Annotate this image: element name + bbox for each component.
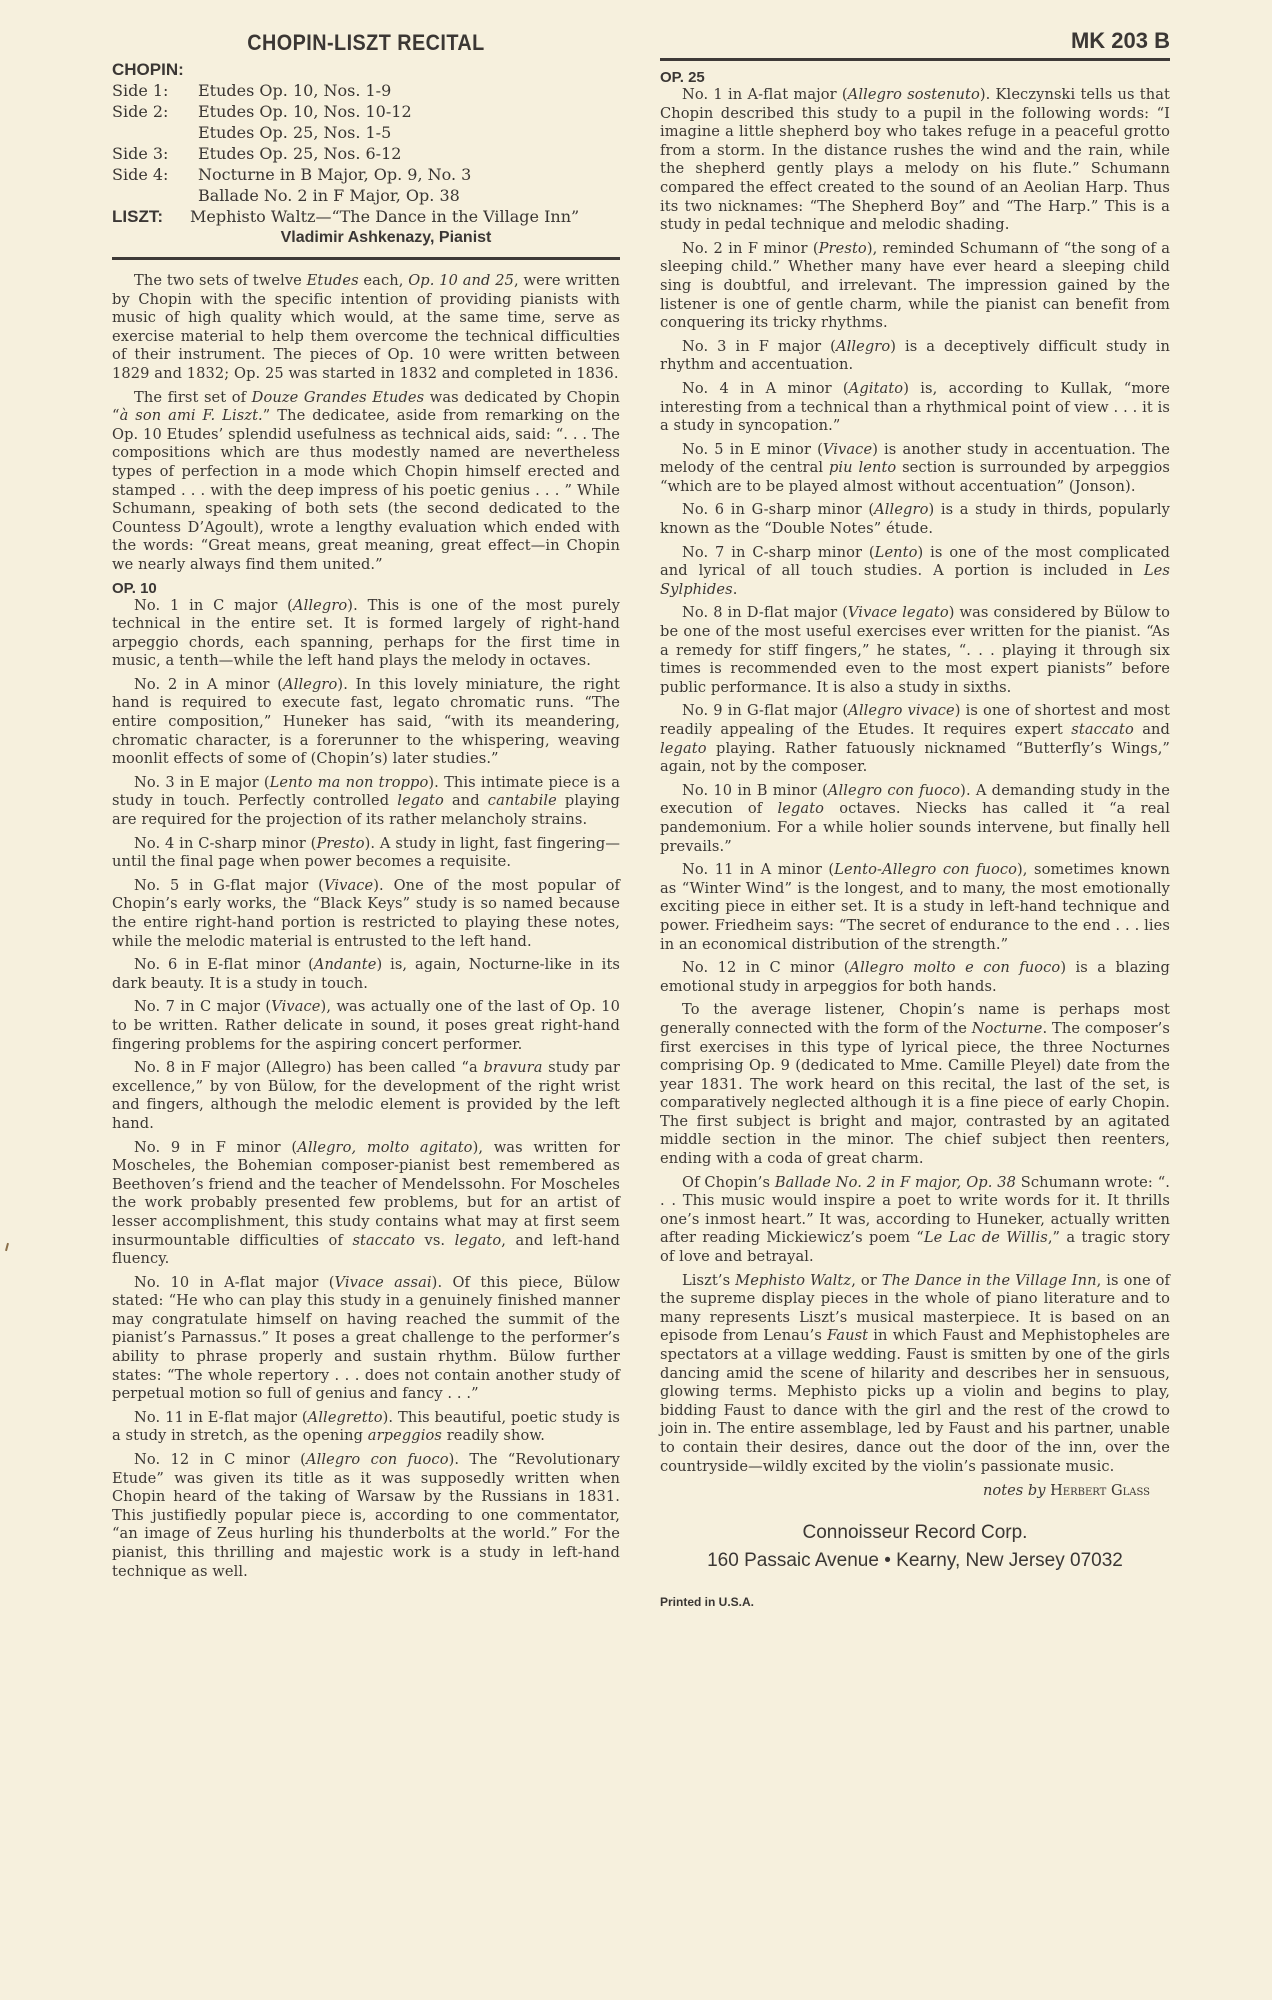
program-work: Nocturne in B Major, Op. 9, No. 3 bbox=[198, 164, 471, 185]
paragraph: No. 11 in E-flat major (Allegretto). Thi… bbox=[112, 1409, 620, 1446]
op10-heading: OP. 10 bbox=[112, 580, 620, 597]
paper-speck bbox=[5, 1243, 9, 1251]
paragraph: No. 10 in A-flat major (Vivace assai). O… bbox=[112, 1274, 620, 1404]
program-work: Etudes Op. 25, Nos. 6-12 bbox=[198, 143, 401, 164]
credit-author: Herbert Glass bbox=[1050, 1482, 1150, 1499]
op10-notes: No. 1 in C major (Allegro). This is one … bbox=[112, 597, 620, 1582]
program-list: Side 1:Etudes Op. 10, Nos. 1-9Side 2:Etu… bbox=[112, 80, 620, 206]
divider-rule bbox=[112, 257, 620, 260]
side-label: Side 2: bbox=[112, 101, 198, 122]
side-label bbox=[112, 185, 198, 206]
liszt-work: Mephisto Waltz—“The Dance in the Village… bbox=[190, 206, 579, 227]
printed-in: Printed in U.S.A. bbox=[660, 1595, 1170, 1609]
program-work: Etudes Op. 25, Nos. 1-5 bbox=[198, 122, 391, 143]
paragraph: No. 4 in A minor (Agitato) is, according… bbox=[660, 380, 1170, 436]
paragraph: No. 2 in F minor (Presto), reminded Schu… bbox=[660, 240, 1170, 333]
program-item: Etudes Op. 25, Nos. 1-5 bbox=[112, 122, 620, 143]
side-label: Side 4: bbox=[112, 164, 198, 185]
program-item: Side 1:Etudes Op. 10, Nos. 1-9 bbox=[112, 80, 620, 101]
side-label bbox=[112, 122, 198, 143]
paragraph: No. 8 in D-flat major (Vivace legato) wa… bbox=[660, 604, 1170, 697]
paragraph: No. 7 in C-sharp minor (Lento) is one of… bbox=[660, 544, 1170, 600]
program-work: Etudes Op. 10, Nos. 10-12 bbox=[198, 101, 412, 122]
publisher-block: Connoisseur Record Corp. 160 Passaic Ave… bbox=[660, 1519, 1170, 1575]
paragraph: No. 3 in F major (Allegro) is a deceptiv… bbox=[660, 338, 1170, 375]
liszt-entry: LISZT: Mephisto Waltz—“The Dance in the … bbox=[112, 206, 620, 227]
liner-notes-page: CHOPIN-LISZT RECITAL CHOPIN: Side 1:Etud… bbox=[0, 0, 1272, 2000]
chopin-label: CHOPIN: bbox=[112, 60, 620, 80]
side-label: Side 1: bbox=[112, 80, 198, 101]
closing-notes: To the average listener, Chopin’s name i… bbox=[660, 1001, 1170, 1476]
paragraph: No. 12 in C minor (Allegro con fuoco). T… bbox=[112, 1451, 620, 1581]
paragraph: The first set of Douze Grandes Etudes wa… bbox=[112, 389, 620, 575]
paragraph: No. 10 in B minor (Allegro con fuoco). A… bbox=[660, 782, 1170, 856]
program-item: Ballade No. 2 in F Major, Op. 38 bbox=[112, 185, 620, 206]
album-title: CHOPIN-LISZT RECITAL bbox=[137, 30, 594, 56]
credit-prefix: notes by bbox=[983, 1482, 1045, 1499]
publisher-address: 160 Passaic Avenue • Kearny, New Jersey … bbox=[660, 1547, 1170, 1575]
paragraph: No. 1 in A-flat major (Allegro sostenuto… bbox=[660, 86, 1170, 235]
paragraph: No. 5 in G-flat major (Vivace). One of t… bbox=[112, 877, 620, 951]
paragraph: No. 11 in A minor (Lento-Allegro con fuo… bbox=[660, 861, 1170, 954]
publisher-name: Connoisseur Record Corp. bbox=[660, 1519, 1170, 1547]
paragraph: No. 12 in C minor (Allegro molto e con f… bbox=[660, 959, 1170, 996]
paragraph: No. 6 in E-flat minor (Andante) is, agai… bbox=[112, 956, 620, 993]
paragraph: No. 9 in G-flat major (Allegro vivace) i… bbox=[660, 702, 1170, 776]
op25-heading: OP. 25 bbox=[660, 69, 1170, 86]
program-item: Side 4:Nocturne in B Major, Op. 9, No. 3 bbox=[112, 164, 620, 185]
liszt-label: LISZT: bbox=[112, 206, 190, 227]
program-work: Etudes Op. 10, Nos. 1-9 bbox=[198, 80, 391, 101]
program-item: Side 2:Etudes Op. 10, Nos. 10-12 bbox=[112, 101, 620, 122]
paragraph: No. 4 in C-sharp minor (Presto). A study… bbox=[112, 835, 620, 872]
paragraph: No. 9 in F minor (Allegro, molto agitato… bbox=[112, 1139, 620, 1269]
performer-credit: Vladimir Ashkenazy, Pianist bbox=[152, 229, 620, 247]
paragraph: Of Chopin’s Ballade No. 2 in F major, Op… bbox=[660, 1174, 1170, 1267]
paragraph: No. 6 in G-sharp minor (Allegro) is a st… bbox=[660, 501, 1170, 538]
paragraph: No. 5 in E minor (Vivace) is another stu… bbox=[660, 441, 1170, 497]
notes-credit: notes by Herbert Glass bbox=[660, 1482, 1150, 1499]
divider-rule bbox=[660, 58, 1170, 61]
side-label: Side 3: bbox=[112, 143, 198, 164]
intro-text: The two sets of twelve Etudes each, Op. … bbox=[112, 272, 620, 575]
paragraph: The two sets of twelve Etudes each, Op. … bbox=[112, 272, 620, 384]
paragraph: No. 8 in F major (Allegro) has been call… bbox=[112, 1059, 620, 1133]
paragraph: No. 3 in E major (Lento ma non troppo). … bbox=[112, 774, 620, 830]
op25-notes: No. 1 in A-flat major (Allegro sostenuto… bbox=[660, 86, 1170, 996]
paragraph: To the average listener, Chopin’s name i… bbox=[660, 1001, 1170, 1168]
paragraph: No. 7 in C major (Vivace), was actually … bbox=[112, 998, 620, 1054]
right-column: MK 203 B OP. 25 No. 1 in A-flat major (A… bbox=[660, 22, 1260, 1609]
paragraph: No. 2 in A minor (Allegro). In this love… bbox=[112, 676, 620, 769]
catalog-number: MK 203 B bbox=[660, 28, 1170, 54]
left-column: CHOPIN-LISZT RECITAL CHOPIN: Side 1:Etud… bbox=[112, 22, 620, 1586]
paragraph: Liszt’s Mephisto Waltz, or The Dance in … bbox=[660, 1272, 1170, 1477]
program-item: Side 3:Etudes Op. 25, Nos. 6-12 bbox=[112, 143, 620, 164]
paragraph: No. 1 in C major (Allegro). This is one … bbox=[112, 597, 620, 671]
program-work: Ballade No. 2 in F Major, Op. 38 bbox=[198, 185, 460, 206]
